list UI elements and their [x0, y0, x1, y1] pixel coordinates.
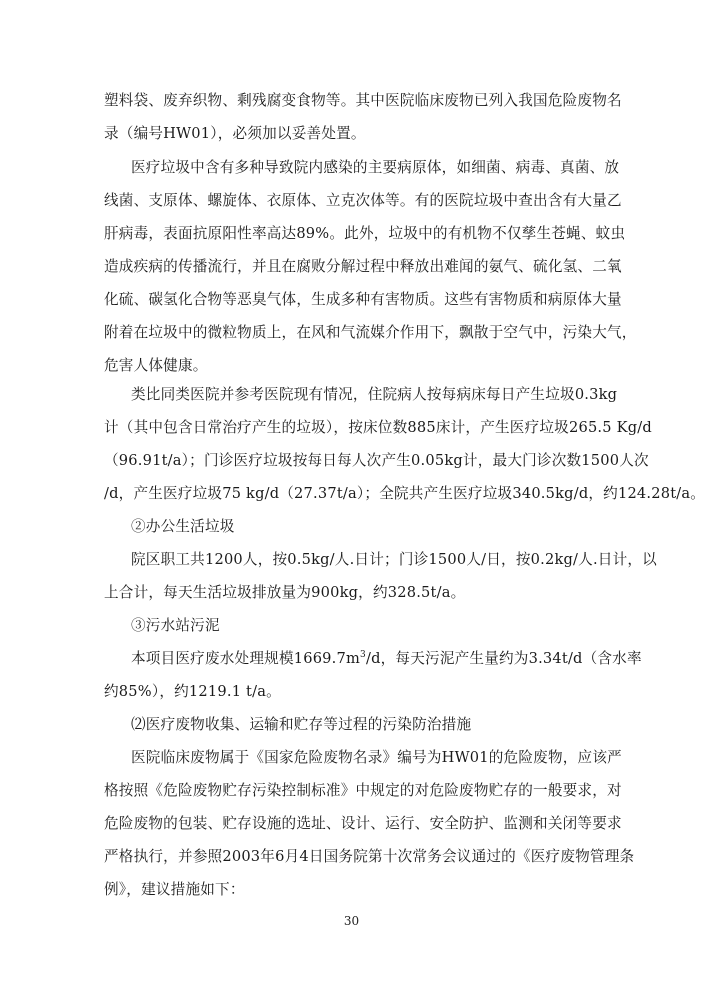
- text-line: 类比同类医院并参考医院现有情况，住院病人按每病床每日产生垃圾0.3kg: [131, 384, 604, 406]
- section-heading: ⑵医疗废物收集、运输和贮存等过程的污染防治措施: [131, 714, 604, 736]
- text-line: 上合计，每天生活垃圾排放量为900kg，约328.5t/a。: [104, 582, 604, 604]
- section-heading: ③污水站污泥: [131, 615, 604, 637]
- text-line: 线菌、支原体、螺旋体、衣原体、立克次体等。有的医院垃圾中查出含有大量乙: [104, 190, 604, 212]
- section-heading: ②办公生活垃圾: [131, 516, 604, 538]
- text-line: 医疗垃圾中含有多种导致院内感染的主要病原体，如细菌、病毒、真菌、放: [131, 157, 604, 179]
- text-line: 医院临床废物属于《国家危险废物名录》编号为HW01的危险废物，应该严: [131, 747, 604, 769]
- text-segment: /d，每天污泥产生量约为3.34t/d（含水率: [366, 650, 642, 667]
- page-number: 30: [0, 914, 703, 928]
- text-line: 本项目医疗废水处理规模1669.7m3/d，每天污泥产生量约为3.34t/d（含…: [131, 648, 604, 670]
- text-line: 院区职工共1200人，按0.5kg/人.日计；门诊1500人/日，按0.2kg/…: [131, 549, 604, 571]
- text-line: 肝病毒，表面抗原阳性率高达89%。此外，垃圾中的有机物不仅孳生苍蝇、蚊虫: [104, 223, 604, 245]
- text-line: 约85%），约1219.1 t/a。: [104, 681, 604, 703]
- text-line: 危险废物的包装、贮存设施的选址、设计、运行、安全防护、监测和关闭等要求: [104, 813, 604, 835]
- text-line: 造成疾病的传播流行，并且在腐败分解过程中释放出难闻的氨气、硫化氢、二氧: [104, 256, 604, 278]
- text-line: 化硫、碳氢化合物等恶臭气体，生成多种有害物质。这些有害物质和病原体大量: [104, 289, 604, 311]
- text-line: 塑料袋、废弃织物、剩残腐变食物等。其中医院临床废物已列入我国危险废物名: [104, 90, 604, 112]
- text-line: （96.91t/a）；门诊医疗垃圾按每日每人次产生0.05kg计，最大门诊次数1…: [104, 450, 604, 472]
- text-line: 计（其中包含日常治疗产生的垃圾），按床位数885床计，产生医疗垃圾265.5 K…: [104, 417, 604, 439]
- text-line: 附着在垃圾中的微粒物质上，在风和气流媒介作用下，飘散于空气中，污染大气，: [104, 322, 604, 344]
- text-line: 录（编号HW01），必须加以妥善处置。: [104, 123, 604, 145]
- text-line: /d，产生医疗垃圾75 kg/d（27.37t/a）；全院共产生医疗垃圾340.…: [104, 483, 604, 505]
- document-page: 塑料袋、废弃织物、剩残腐变食物等。其中医院临床废物已列入我国危险废物名 录（编号…: [0, 0, 703, 994]
- text-line: 严格执行，并参照2003年6月4日国务院第十次常务会议通过的《医疗废物管理条: [104, 846, 604, 868]
- text-line: 格按照《危险废物贮存污染控制标准》中规定的对危险废物贮存的一般要求，对: [104, 780, 604, 802]
- text-line: 危害人体健康。: [104, 355, 604, 377]
- text-line: 例》，建议措施如下：: [104, 879, 604, 901]
- text-segment: 本项目医疗废水处理规模1669.7m: [131, 650, 360, 667]
